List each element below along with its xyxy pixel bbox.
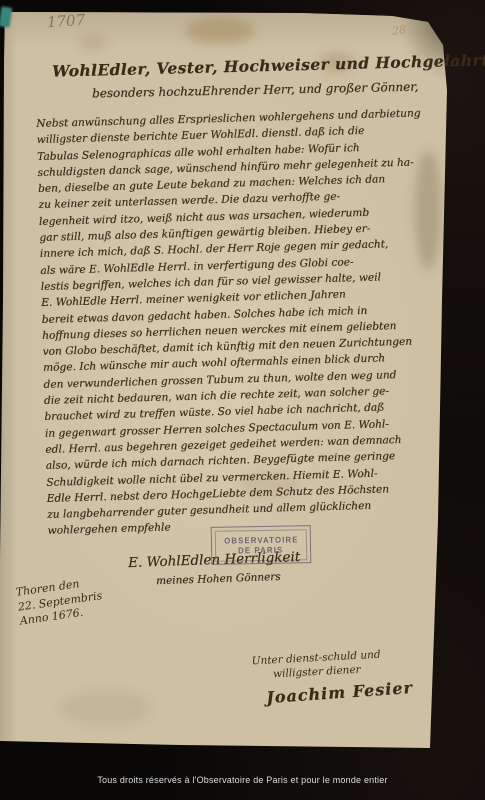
stamp-line-1: OBSERVATOIRE: [224, 534, 299, 546]
paper-stain: [80, 36, 106, 50]
archival-number: 1707: [46, 11, 85, 32]
paper-stain: [60, 690, 150, 726]
letter-body: Nebst anwünschung alles Ersprieslichen w…: [36, 104, 460, 539]
paper-stain: [185, 18, 255, 44]
folio-number: 28: [391, 23, 406, 37]
copyright-footer: Tous droits réservés à l'Observatoire de…: [0, 775, 485, 785]
